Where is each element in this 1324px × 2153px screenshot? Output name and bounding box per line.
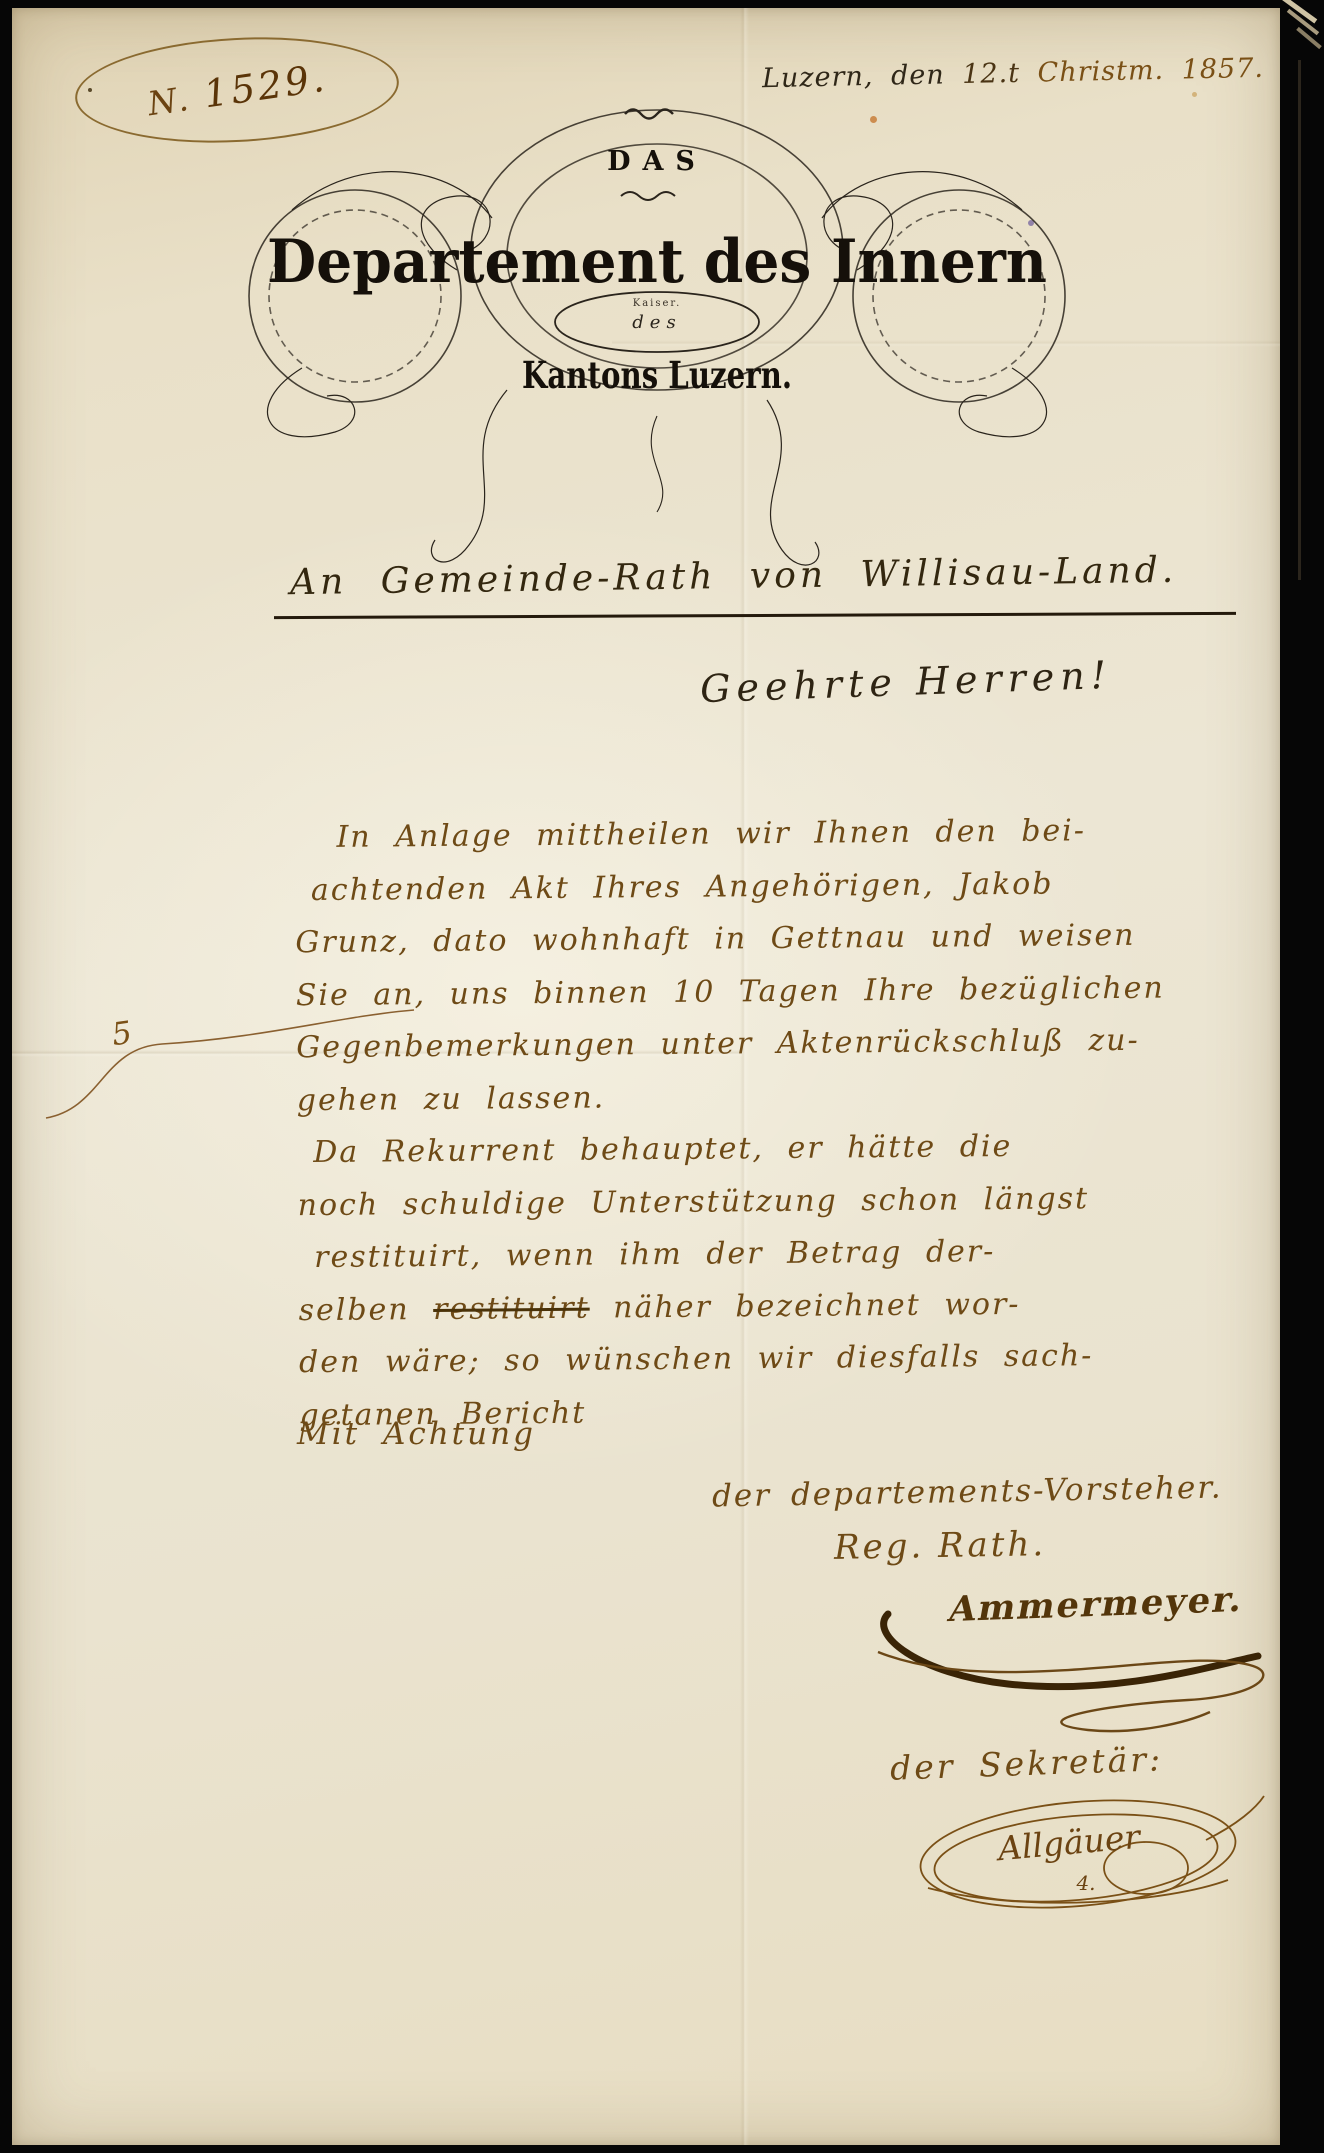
secretary-mark: 4. [1075,1871,1095,1895]
body-line: Gegenbemerkungen unter Aktenrückschluß z… [296,1014,1256,1075]
letter-body: In Anlage mittheilen wir Ihnen den bei-a… [294,804,1259,1442]
letter-page: N. 1529. Luzern, den 12.t Christm. 1857. [12,8,1280,2145]
sheet-edge [1298,60,1301,580]
letterhead-das: DAS [607,146,707,177]
dateline-month-year: Christm. 1857. [1037,53,1264,89]
body-line: achtenden Akt Ihres Angehörigen, Jakob [295,856,1255,917]
dateline-day: 12.t [962,58,1020,90]
body-line: selben restituirt näher bezeichnet wor- [298,1276,1258,1337]
closing-regards: Mit Achtung [297,1416,536,1452]
body-line: Grunz, dato wohnhaft in Gettnau und weis… [295,909,1255,970]
body-line: In Anlage mittheilen wir Ihnen den bei- [294,804,1254,865]
letterhead-des: des [632,312,681,333]
salutation: Geehrte Herren! [699,653,1112,711]
body-line: Sie an, uns binnen 10 Tagen Ihre bezügli… [296,961,1256,1022]
body-line: Da Rekurrent behauptet, er hätte die [297,1119,1257,1180]
scan-background: N. 1529. Luzern, den 12.t Christm. 1857. [0,0,1324,2153]
closing-title: Reg. Rath. [834,1524,1047,1568]
secretary-label: der Sekretär: [889,1739,1163,1788]
paper-stain [1192,92,1197,97]
address-underline [274,612,1236,619]
signature-flourish [858,1604,1298,1754]
letterhead-title: Departement des Innern [267,227,1047,297]
body-line: noch schuldige Unterstützung schon längs… [297,1171,1257,1232]
body-line: gehen zu lassen. [297,1066,1257,1127]
letterhead-engraver: Kaiser. [633,298,682,309]
closing-role: der departements-Vorsteher. [712,1470,1223,1515]
struck-word: restituirt [433,1290,590,1326]
body-line: den wäre; so wünschen wir diesfalls sach… [299,1329,1259,1390]
dateline: Luzern, den 12.t Christm. 1857. [762,53,1265,95]
dateline-place: Luzern, den [762,59,945,94]
letterhead-engraving: DAS Departement des Innern Kaiser. des K… [207,100,1107,430]
secretary-signature-oval: Allgäuer 4. [908,1784,1268,1944]
body-line: restituirt, wenn ihm der Betrag der- [298,1224,1258,1285]
address-line: An Gemeinde-Rath von Willisau-Land. [290,550,1178,603]
letterhead-subtitle: Kantons Luzern. [522,353,792,397]
